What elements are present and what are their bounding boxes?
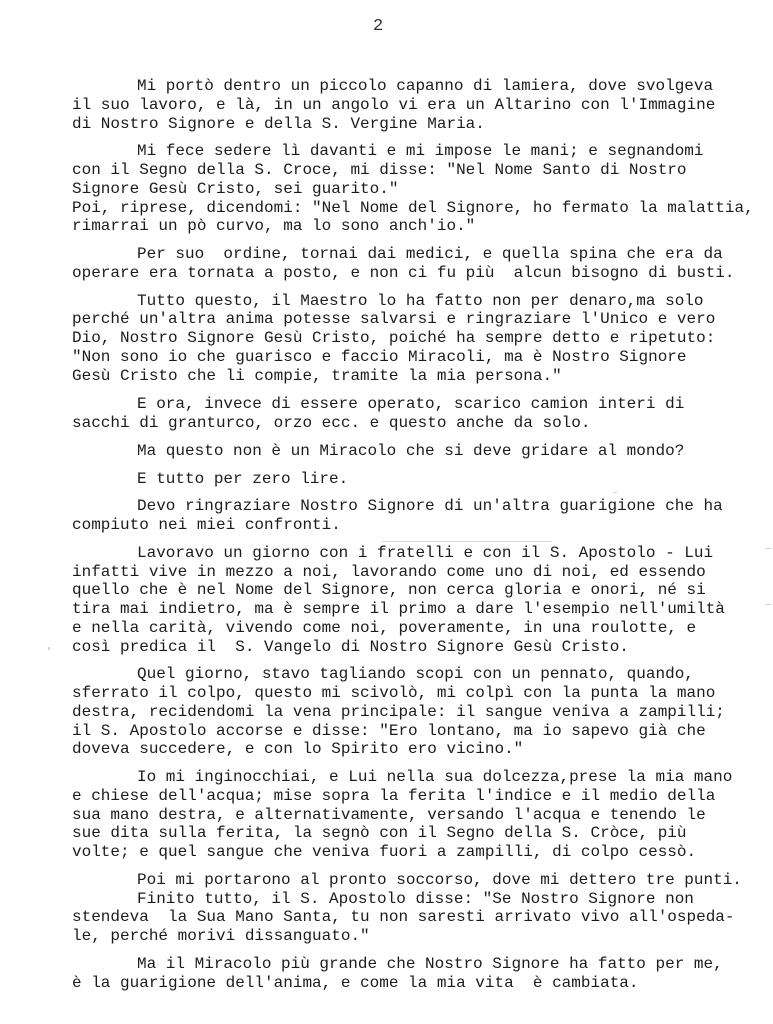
page-number: 2 (373, 17, 383, 37)
text-line: Lavoravo un giorno con i fratelli e con … (72, 544, 772, 563)
text-line: Poi, riprese, dicendomi: "Nel Nome del S… (72, 199, 772, 218)
paragraph: Quel giorno, stavo tagliando scopi con u… (72, 665, 772, 759)
scan-speck (765, 604, 771, 605)
text-line: Mi fece sedere lì davanti e mi impose le… (72, 142, 772, 161)
text-line: Devo ringraziare Nostro Signore di un'al… (72, 497, 772, 516)
paragraph: E ora, invece di essere operato, scarico… (72, 395, 772, 433)
text-line: quello che è nel Nome del Signore, non c… (72, 581, 772, 600)
text-line: sua mano destra, e alternativamente, ver… (72, 806, 772, 825)
paragraph: Per suo ordine, tornai dai medici, e que… (72, 245, 772, 283)
text-line: destra, recidendomi la vena principale: … (72, 703, 772, 722)
paragraph: Io mi inginocchiai, e Lui nella sua dolc… (72, 768, 772, 862)
paragraph: Devo ringraziare Nostro Signore di un'al… (72, 497, 772, 535)
text-line: rimarrai un pò curvo, ma lo sono anch'io… (72, 217, 772, 236)
text-line: perché un'altra anima potesse salvarsi e… (72, 310, 772, 329)
scan-speck (765, 548, 771, 549)
paragraph: Finito tutto, il S. Apostolo disse: "Se … (72, 890, 772, 946)
text-line: stendeva la Sua Mano Santa, tu non sares… (72, 908, 772, 927)
text-line: Dio, Nostro Signore Gesù Cristo, poiché … (72, 329, 772, 348)
text-line: Tutto questo, il Maestro lo ha fatto non… (72, 292, 772, 311)
text-line: E tutto per zero lire. (72, 470, 772, 489)
text-line: sacchi di granturco, orzo ecc. e questo … (72, 414, 772, 433)
text-line: di Nostro Signore e della S. Vergine Mar… (72, 115, 772, 134)
scan-speck (613, 492, 617, 493)
paragraph: Ma il Miracolo più grande che Nostro Sig… (72, 955, 772, 993)
paragraph: Mi portò dentro un piccolo capanno di la… (72, 77, 772, 133)
text-line: Finito tutto, il S. Apostolo disse: "Se … (72, 890, 772, 909)
paragraph: E tutto per zero lire. (72, 470, 772, 489)
text-line: è la guarigione dell'anima, e come la mi… (72, 974, 772, 993)
paragraph: Lavoravo un giorno con i fratelli e con … (72, 544, 772, 657)
scan-speck (382, 541, 552, 542)
text-line: sferrato il colpo, questo mi scivolò, mi… (72, 684, 772, 703)
text-line: Per suo ordine, tornai dai medici, e que… (72, 245, 772, 264)
text-line: Gesù Cristo che li compie, tramite la mi… (72, 367, 772, 386)
text-line: sue dita sulla ferita, la segnò con il S… (72, 824, 772, 843)
text-line: operare era tornata a posto, e non ci fu… (72, 264, 772, 283)
paragraph: Ma questo non è un Miracolo che si deve … (72, 442, 772, 461)
text-line: Io mi inginocchiai, e Lui nella sua dolc… (72, 768, 772, 787)
paragraph: Tutto questo, il Maestro lo ha fatto non… (72, 292, 772, 386)
text-line: Quel giorno, stavo tagliando scopi con u… (72, 665, 772, 684)
text-line: Ma il Miracolo più grande che Nostro Sig… (72, 955, 772, 974)
paragraph: Mi fece sedere lì davanti e mi impose le… (72, 142, 772, 236)
document-body: Mi portò dentro un piccolo capanno di la… (72, 77, 772, 1001)
text-line: compiuto nei miei confronti. (72, 516, 772, 535)
text-line: tira mai indietro, ma è sempre il primo … (72, 600, 772, 619)
text-line: volte; e quel sangue che veniva fuori a … (72, 843, 772, 862)
text-line: Ma questo non è un Miracolo che si deve … (72, 442, 772, 461)
text-line: Mi portò dentro un piccolo capanno di la… (72, 77, 772, 96)
text-line: Signore Gesù Cristo, sei guarito." (72, 180, 772, 199)
text-line: infatti vive in mezzo a noi, lavorando c… (72, 563, 772, 582)
text-line: le, perché morivi dissanguato." (72, 927, 772, 946)
text-line: così predica il S. Vangelo di Nostro Sig… (72, 638, 772, 657)
text-line: e chiese dell'acqua; mise sopra la ferit… (72, 787, 772, 806)
paragraph: Poi mi portarono al pronto soccorso, dov… (72, 871, 772, 890)
text-line: il S. Apostolo accorse e disse: "Ero lon… (72, 722, 772, 741)
text-line: e nella carità, vivendo come noi, povera… (72, 619, 772, 638)
text-line: Poi mi portarono al pronto soccorso, dov… (72, 871, 772, 890)
text-line: E ora, invece di essere operato, scarico… (72, 395, 772, 414)
text-line: doveva succedere, e con lo Spirito ero v… (72, 740, 772, 759)
text-line: con il Segno della S. Croce, mi disse: "… (72, 161, 772, 180)
text-line: "Non sono io che guarisco e faccio Mirac… (72, 348, 772, 367)
text-line: il suo lavoro, e là, in un angolo vi era… (72, 96, 772, 115)
scan-speck (48, 647, 50, 650)
